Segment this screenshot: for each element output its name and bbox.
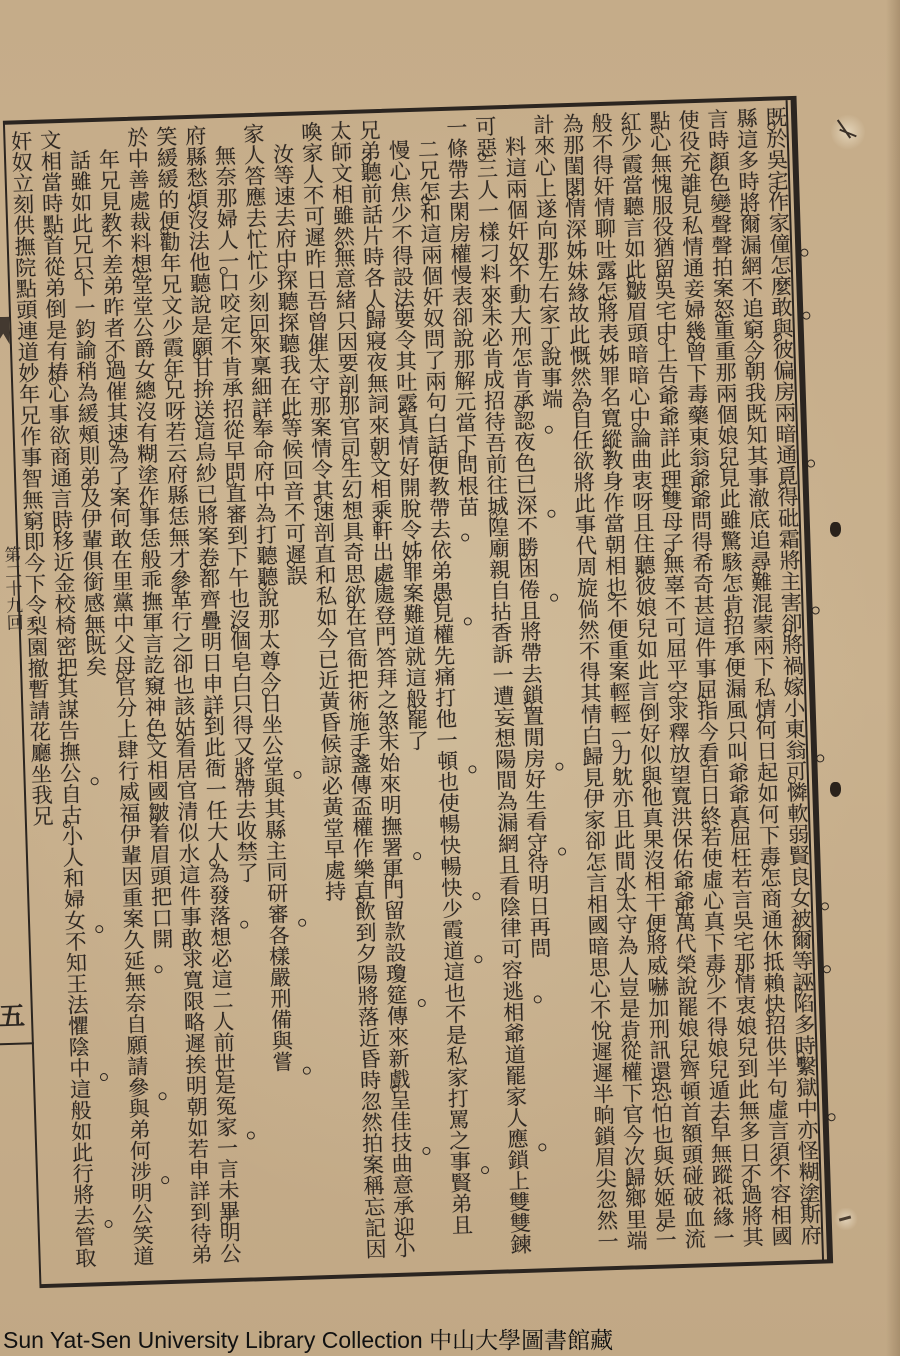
chapter-label: 第二十九回: [1, 545, 21, 630]
paper-scratch-mark: [831, 113, 865, 151]
library-collection-caption: Sun Yat-Sen University Library Collectio…: [3, 1327, 613, 1353]
text-body: 既於吳宅作家僮。怎麼敢。與彼偏房兩暗通。覓得砒霜將主害。卻將禍嫁小東翁。可憐軟弱…: [6, 106, 826, 1282]
paper-tear-mark: [833, 1208, 859, 1230]
binding-hole: [830, 522, 841, 537]
binding-hole: [830, 782, 841, 797]
page-frame-border: 第二十九回 五 既於吳宅作家僮。怎麼敢。與彼偏房兩暗通。覓得砒霜將主害。卻將禍嫁…: [3, 95, 833, 1287]
page-number: 五: [0, 1003, 25, 1030]
page-edge-shadow: [886, 0, 900, 1356]
